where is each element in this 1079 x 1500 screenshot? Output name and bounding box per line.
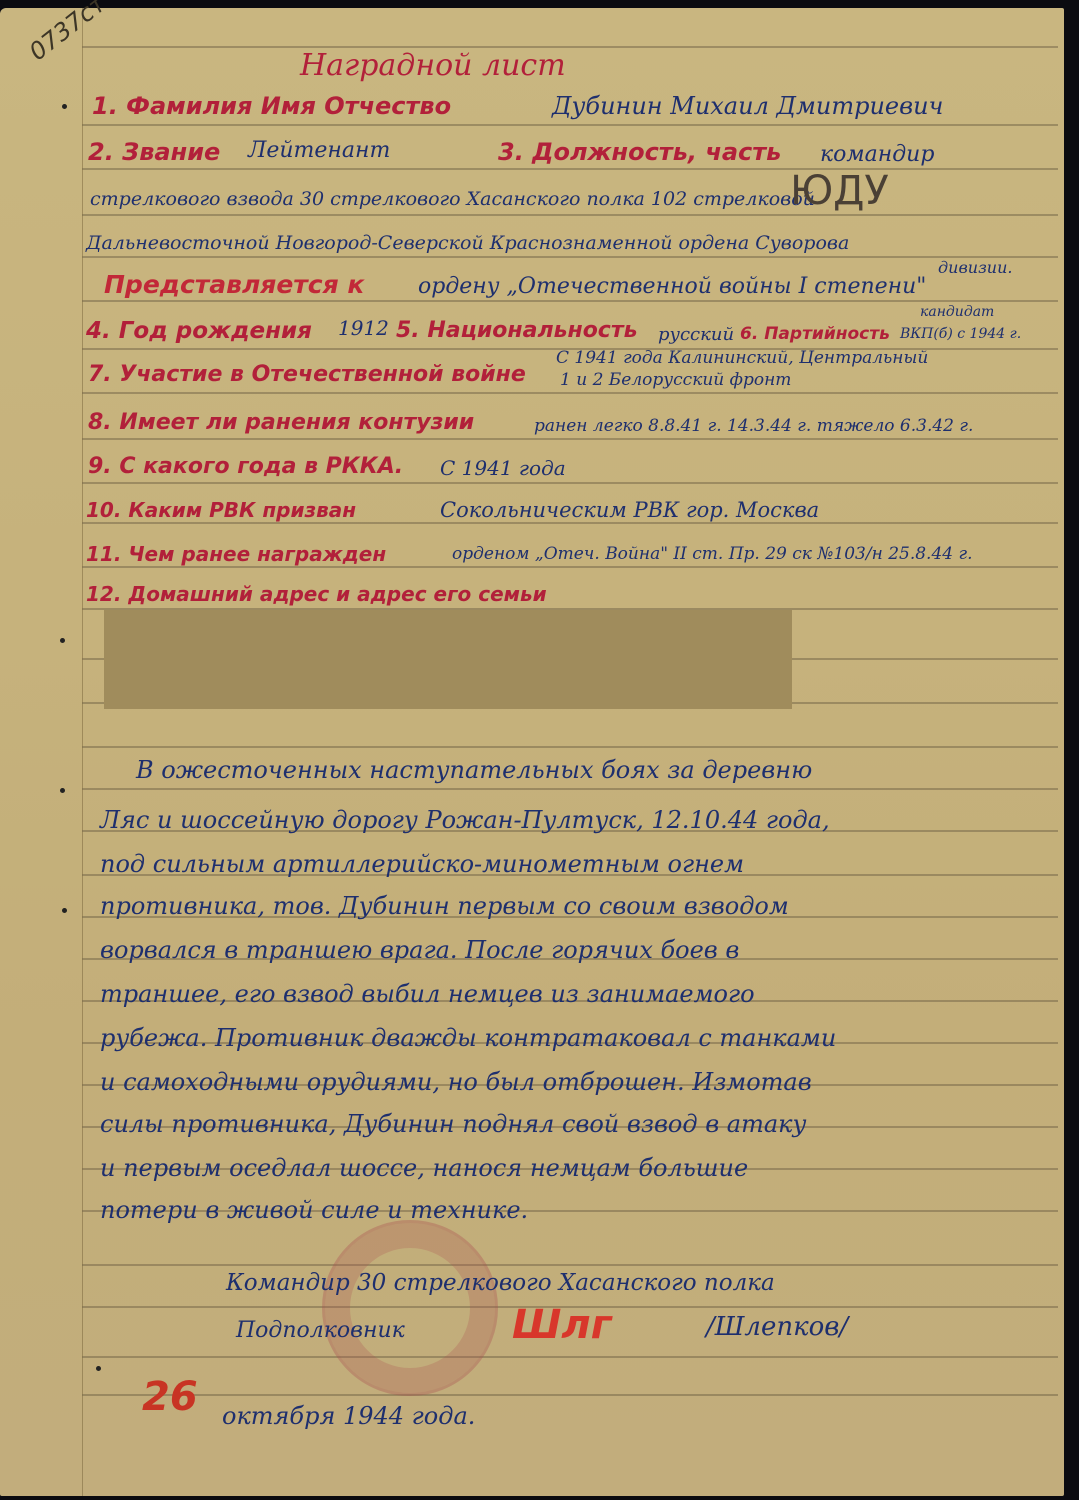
field-7-value-1: С 1941 года Калининский, Центральный	[556, 348, 928, 368]
narrative-line: потери в живой силе и технике.	[100, 1196, 528, 1224]
field-4-value: 1912	[338, 316, 389, 340]
narrative-line: и самоходными орудиями, но был отброшен.…	[100, 1068, 812, 1096]
field-1-label: 1. Фамилия Имя Отчество	[92, 92, 451, 120]
field-6-label: 6. Партийность	[740, 324, 890, 344]
field-7-value-2: 1 и 2 Белорусский фронт	[560, 370, 791, 390]
ruled-line	[82, 788, 1058, 790]
field-10-value: Сокольническим РВК гор. Москва	[440, 498, 819, 522]
signature-title: Командир 30 стрелкового Хасанского полка	[226, 1270, 775, 1296]
ruled-line	[82, 746, 1058, 748]
date-rest: октября 1944 года.	[222, 1402, 475, 1430]
field-3-value-1: командир	[820, 142, 934, 167]
field-6-value-2: ВКП(б) с 1944 г.	[900, 326, 1021, 342]
ruled-line	[82, 482, 1058, 484]
field-8-label: 8. Имеет ли ранения контузии	[88, 410, 474, 435]
narrative-line: Ляс и шоссейную дорогу Рожан-Пултуск, 12…	[100, 806, 830, 834]
date-day: 26	[142, 1374, 198, 1420]
ruled-line	[82, 522, 1058, 524]
field-9-value: С 1941 года	[440, 456, 566, 480]
field-4-label: 4. Год рождения	[86, 318, 312, 344]
field-5-value: русский	[658, 324, 734, 345]
field-12-label: 12. Домашний адрес и адрес его семьи	[86, 582, 547, 606]
field-11-value: орденом „Отеч. Война" II ст. Пр. 29 ск №…	[452, 544, 972, 564]
narrative-line: В ожесточенных наступательных боях за де…	[136, 756, 812, 784]
ruled-line	[82, 214, 1058, 216]
ruled-line	[82, 1356, 1058, 1358]
corner-note: 0737ст	[24, 0, 111, 66]
narrative-line: рубежа. Противник дважды контратаковал с…	[100, 1024, 836, 1052]
ruled-line	[82, 256, 1058, 258]
ruled-line	[82, 46, 1058, 48]
ruled-line	[82, 1264, 1058, 1266]
punch-mark	[96, 1366, 101, 1371]
narrative-line: противника, тов. Дубинин первым со своим…	[100, 892, 789, 920]
field-8-value: ранен легко 8.8.41 г. 14.3.44 г. тяжело …	[534, 416, 973, 436]
ruled-line	[82, 124, 1058, 126]
field-2-label: 2. Звание	[88, 138, 220, 166]
punch-mark	[62, 104, 67, 109]
ruled-line	[82, 438, 1058, 440]
narrative-line: ворвался в траншею врага. После горячих …	[100, 936, 739, 964]
ruled-line	[82, 168, 1058, 170]
official-stamp	[322, 1220, 498, 1396]
field-3-value-2: стрелкового взвода 30 стрелкового Хасанс…	[90, 188, 815, 210]
ruled-line	[82, 392, 1058, 394]
document-title: Наградной лист	[300, 48, 566, 83]
signature-rank: Подполковник	[236, 1318, 405, 1343]
punch-mark	[60, 638, 65, 643]
ruled-line	[82, 566, 1058, 568]
narrative-line: силы противника, Дубинин поднял свой взв…	[100, 1110, 806, 1138]
field-1-value: Дубинин Михаил Дмитриевич	[552, 92, 944, 120]
side-mark: ЮДУ	[790, 168, 889, 214]
field-11-label: 11. Чем ранее награжден	[86, 542, 386, 566]
nomination-value: ордену „Отечественной войны I степени"	[418, 274, 926, 299]
field-3-value-4: дивизии.	[938, 258, 1012, 277]
signature-mark: Шлг	[512, 1302, 612, 1348]
punch-mark	[60, 788, 65, 793]
field-10-label: 10. Каким РВК призван	[86, 498, 356, 522]
margin-line	[82, 8, 83, 1496]
narrative-line: под сильным артиллерийско-минометным огн…	[100, 850, 744, 878]
award-sheet: 0737ст Наградной лист 1. Фамилия Имя Отч…	[0, 8, 1064, 1496]
redacted-address-block	[104, 610, 792, 709]
ruled-line	[82, 300, 1058, 302]
field-9-label: 9. С какого года в РККА.	[88, 454, 403, 479]
field-7-label: 7. Участие в Отечественной войне	[88, 362, 526, 387]
punch-mark	[62, 908, 67, 913]
field-6-value-1: кандидат	[920, 304, 994, 320]
ruled-line	[82, 1394, 1058, 1396]
field-5-label: 5. Национальность	[396, 318, 638, 343]
field-3-label: 3. Должность, часть	[498, 138, 781, 166]
narrative-line: и первым оседлал шоссе, нанося немцам бо…	[100, 1154, 748, 1182]
signature-name: /Шлепков/	[706, 1312, 848, 1342]
field-2-value: Лейтенант	[248, 138, 390, 163]
nomination-label: Представляется к	[104, 270, 364, 299]
field-3-value-3: Дальневосточной Новгород-Северской Красн…	[86, 232, 849, 254]
narrative-line: траншее, его взвод выбил немцев из заним…	[100, 980, 755, 1008]
